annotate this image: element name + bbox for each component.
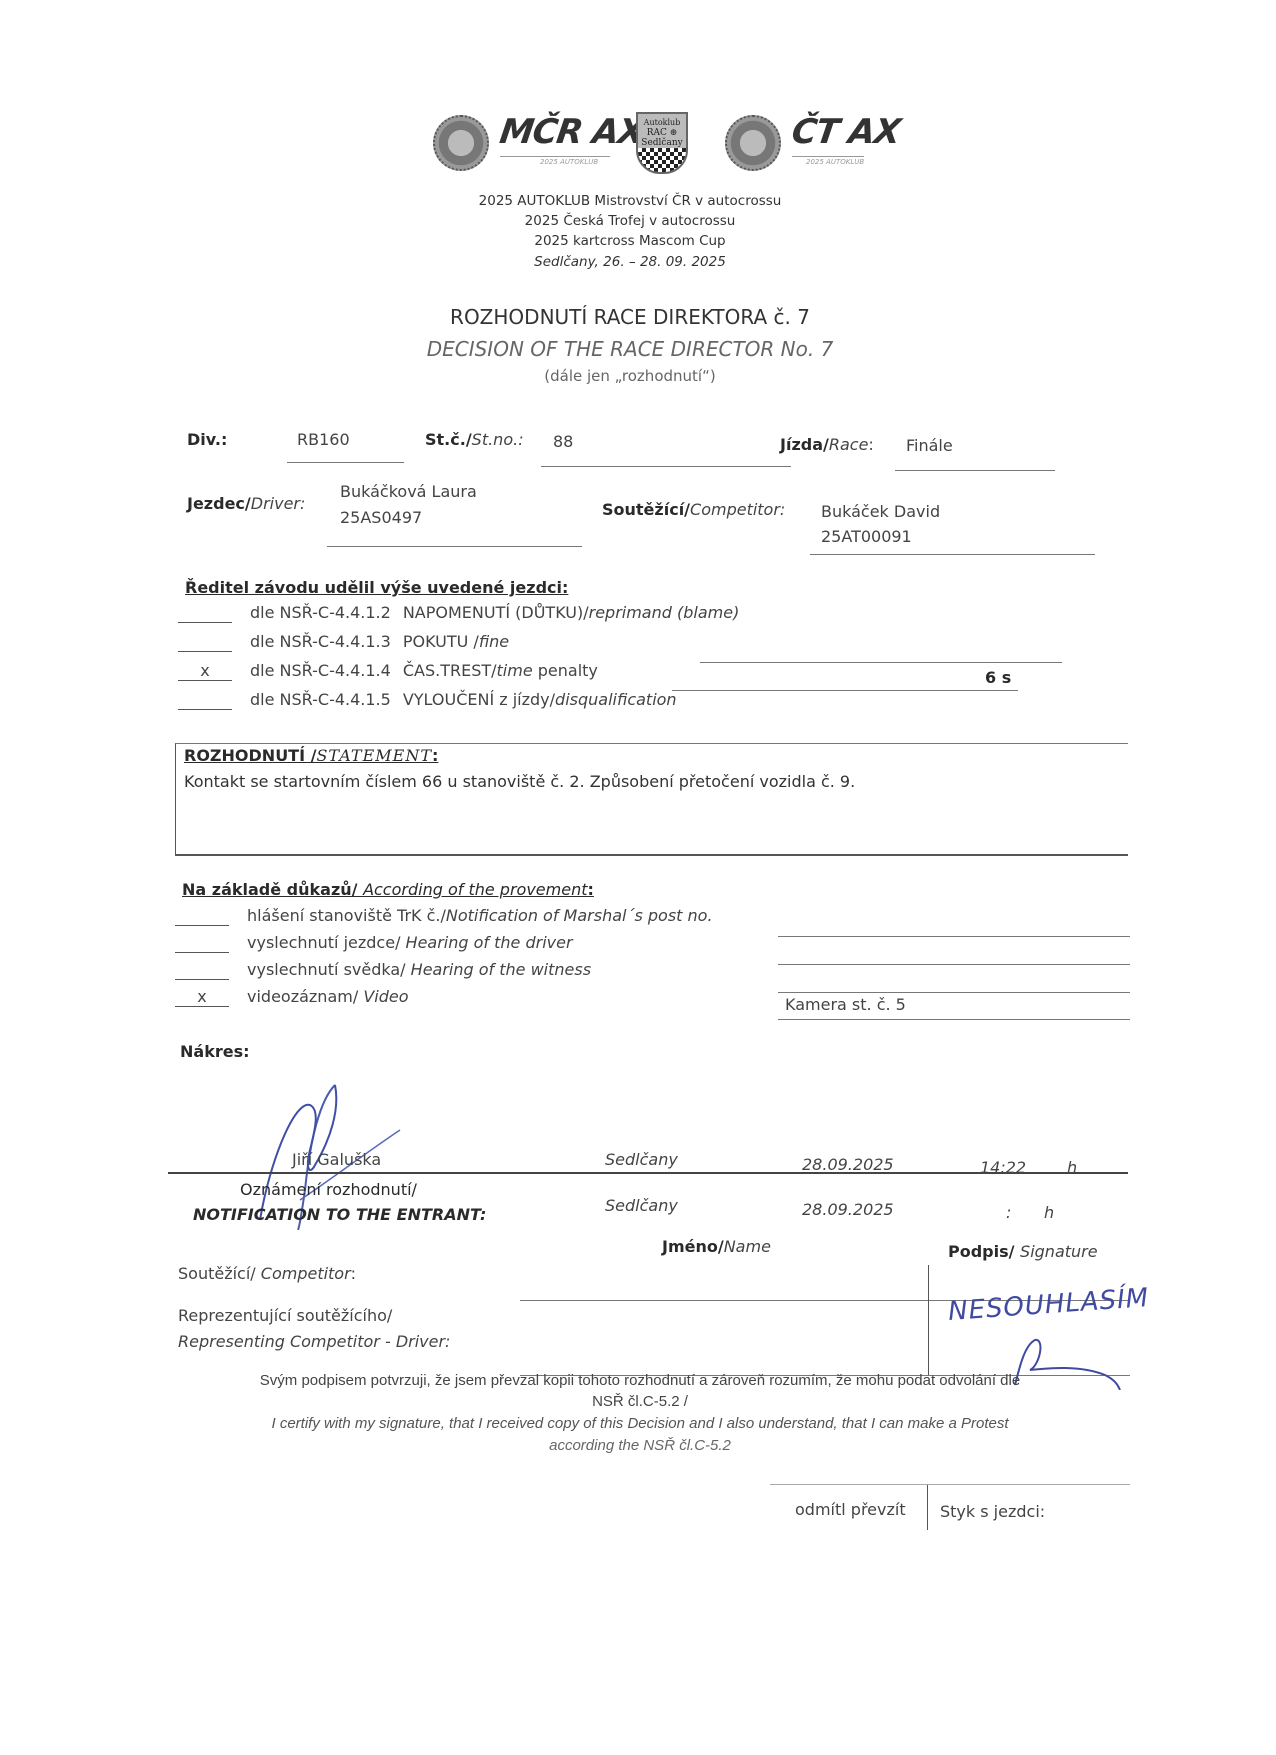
- director-time-unit: h: [1067, 1158, 1077, 1177]
- driver-license: 25AS0497: [340, 508, 422, 527]
- ct-ax-logo: ČT AX: [789, 112, 902, 152]
- evidence-checkbox[interactable]: [175, 960, 229, 980]
- certification-en-ref: according the NSŘ čl.C-5.2: [160, 1437, 1120, 1454]
- title-cz: ROZHODNUTÍ RACE DIREKTORA č. 7: [330, 305, 930, 329]
- certification-cz-ref: NSŘ čl.C-5.2 /: [160, 1393, 1120, 1410]
- signature-column-header: Podpis/ Signature: [948, 1242, 1098, 1261]
- competitor-label: Soutěžící/Competitor:: [602, 500, 785, 519]
- penalty-item-time-penalty[interactable]: xdle NSŘ-C-4.4.1.4ČAS.TREST/time penalty: [178, 661, 598, 681]
- driver-relations-label: Styk s jezdci:: [940, 1502, 1045, 1521]
- evidence-checkbox[interactable]: [175, 906, 229, 926]
- handwritten-refusal: NESOUHLASÍM: [947, 1283, 1150, 1327]
- mcr-ax-logo: MČR AX: [497, 112, 646, 152]
- evidence-item-video[interactable]: xvideozáznam/ Video: [175, 987, 409, 1007]
- time-penalty-value: 6 s: [985, 668, 1011, 687]
- championship-line-2: 2025 Česká Trofej v autocrossu: [380, 213, 880, 229]
- notification-date: 28.09.2025: [802, 1200, 894, 1219]
- penalty-item-reprimand[interactable]: dle NSŘ-C-4.4.1.2NAPOMENUTÍ (DŮTKU)/repr…: [178, 603, 739, 623]
- div-label: Div.:: [187, 430, 227, 449]
- competitor-name: Bukáček David: [821, 502, 940, 521]
- evidence-item-marshal[interactable]: hlášení stanoviště TrK č./Notification o…: [175, 906, 713, 926]
- rac-sedlcany-logo: Autoklub RAC ⊛ Sedlčany: [636, 112, 688, 174]
- name-column-header: Jméno/Name: [662, 1237, 771, 1256]
- director-time: 14:22: [980, 1158, 1026, 1177]
- penalty-checkbox[interactable]: [178, 632, 232, 652]
- penalty-item-fine[interactable]: dle NSŘ-C-4.4.1.3POKUTU /fine: [178, 632, 509, 652]
- notification-time-unit: h: [1044, 1203, 1054, 1222]
- penalty-checkbox[interactable]: [178, 690, 232, 710]
- statement-box: ROZHODNUTÍ /STATEMENT: Kontakt se starto…: [175, 743, 1128, 856]
- statement-label: ROZHODNUTÍ /STATEMENT:: [184, 746, 438, 765]
- sketch-label: Nákres:: [180, 1042, 250, 1061]
- video-source: Kamera st. č. 5: [785, 995, 906, 1014]
- notification-place: Sedlčany: [605, 1196, 678, 1215]
- penalty-checkbox[interactable]: [178, 603, 232, 623]
- notification-label-en: NOTIFICATION TO THE ENTRANT:: [193, 1205, 486, 1224]
- evidence-heading: Na základě důkazů/ According of the prov…: [182, 880, 594, 899]
- autoklub-seal-icon: [725, 115, 781, 171]
- competitor-receipt-label: Soutěžící/ Competitor:: [178, 1264, 356, 1283]
- certification-cz: Svým podpisem potvrzuji, že jsem převzal…: [160, 1372, 1120, 1389]
- notification-time: :: [1006, 1203, 1011, 1222]
- championship-line-3: 2025 kartcross Mascom Cup: [380, 233, 880, 249]
- title-en: DECISION OF THE RACE DIRECTOR No. 7: [330, 337, 930, 361]
- representing-label-en: Representing Competitor - Driver:: [178, 1332, 450, 1351]
- driver-name: Bukáčková Laura: [340, 482, 477, 501]
- start-number-label: St.č./St.no.:: [425, 430, 524, 449]
- penalty-item-disqualification[interactable]: dle NSŘ-C-4.4.1.5VYLOUČENÍ z jízdy/disqu…: [178, 690, 677, 710]
- statement-text: Kontakt se startovním číslem 66 u stanov…: [184, 772, 855, 791]
- evidence-item-witness[interactable]: vyslechnutí svědka/ Hearing of the witne…: [175, 960, 591, 980]
- driver-label: Jezdec/Driver:: [187, 494, 305, 513]
- venue-dates: Sedlčany, 26. – 28. 09. 2025: [380, 254, 880, 270]
- penalties-heading: Ředitel závodu udělil výše uvedené jezdc…: [185, 578, 568, 597]
- notification-label-cz: Oznámení rozhodnutí/: [240, 1180, 417, 1199]
- certification-en: I certify with my signature, that I rece…: [160, 1415, 1120, 1432]
- race-label: Jízda/Race:: [780, 435, 874, 454]
- refused-to-accept: odmítl převzít: [795, 1500, 906, 1519]
- div-value: RB160: [297, 430, 350, 449]
- director-place: Sedlčany: [605, 1150, 678, 1169]
- evidence-item-driver[interactable]: vyslechnutí jezdce/ Hearing of the drive…: [175, 933, 573, 953]
- start-number-value: 88: [553, 432, 573, 451]
- evidence-checkbox[interactable]: [175, 933, 229, 953]
- representing-label-cz: Reprezentující soutěžícího/: [178, 1306, 392, 1325]
- autoklub-seal-icon: [433, 115, 489, 171]
- evidence-checkbox[interactable]: x: [175, 987, 229, 1007]
- title-note: (dále jen „rozhodnutí“): [330, 367, 930, 385]
- championship-line-1: 2025 AUTOKLUB Mistrovství ČR v autocross…: [380, 193, 880, 209]
- penalty-checkbox[interactable]: x: [178, 661, 232, 681]
- competitor-license: 25AT00091: [821, 527, 912, 546]
- race-value: Finále: [906, 436, 953, 455]
- director-name: Jiří Galuška: [292, 1150, 381, 1169]
